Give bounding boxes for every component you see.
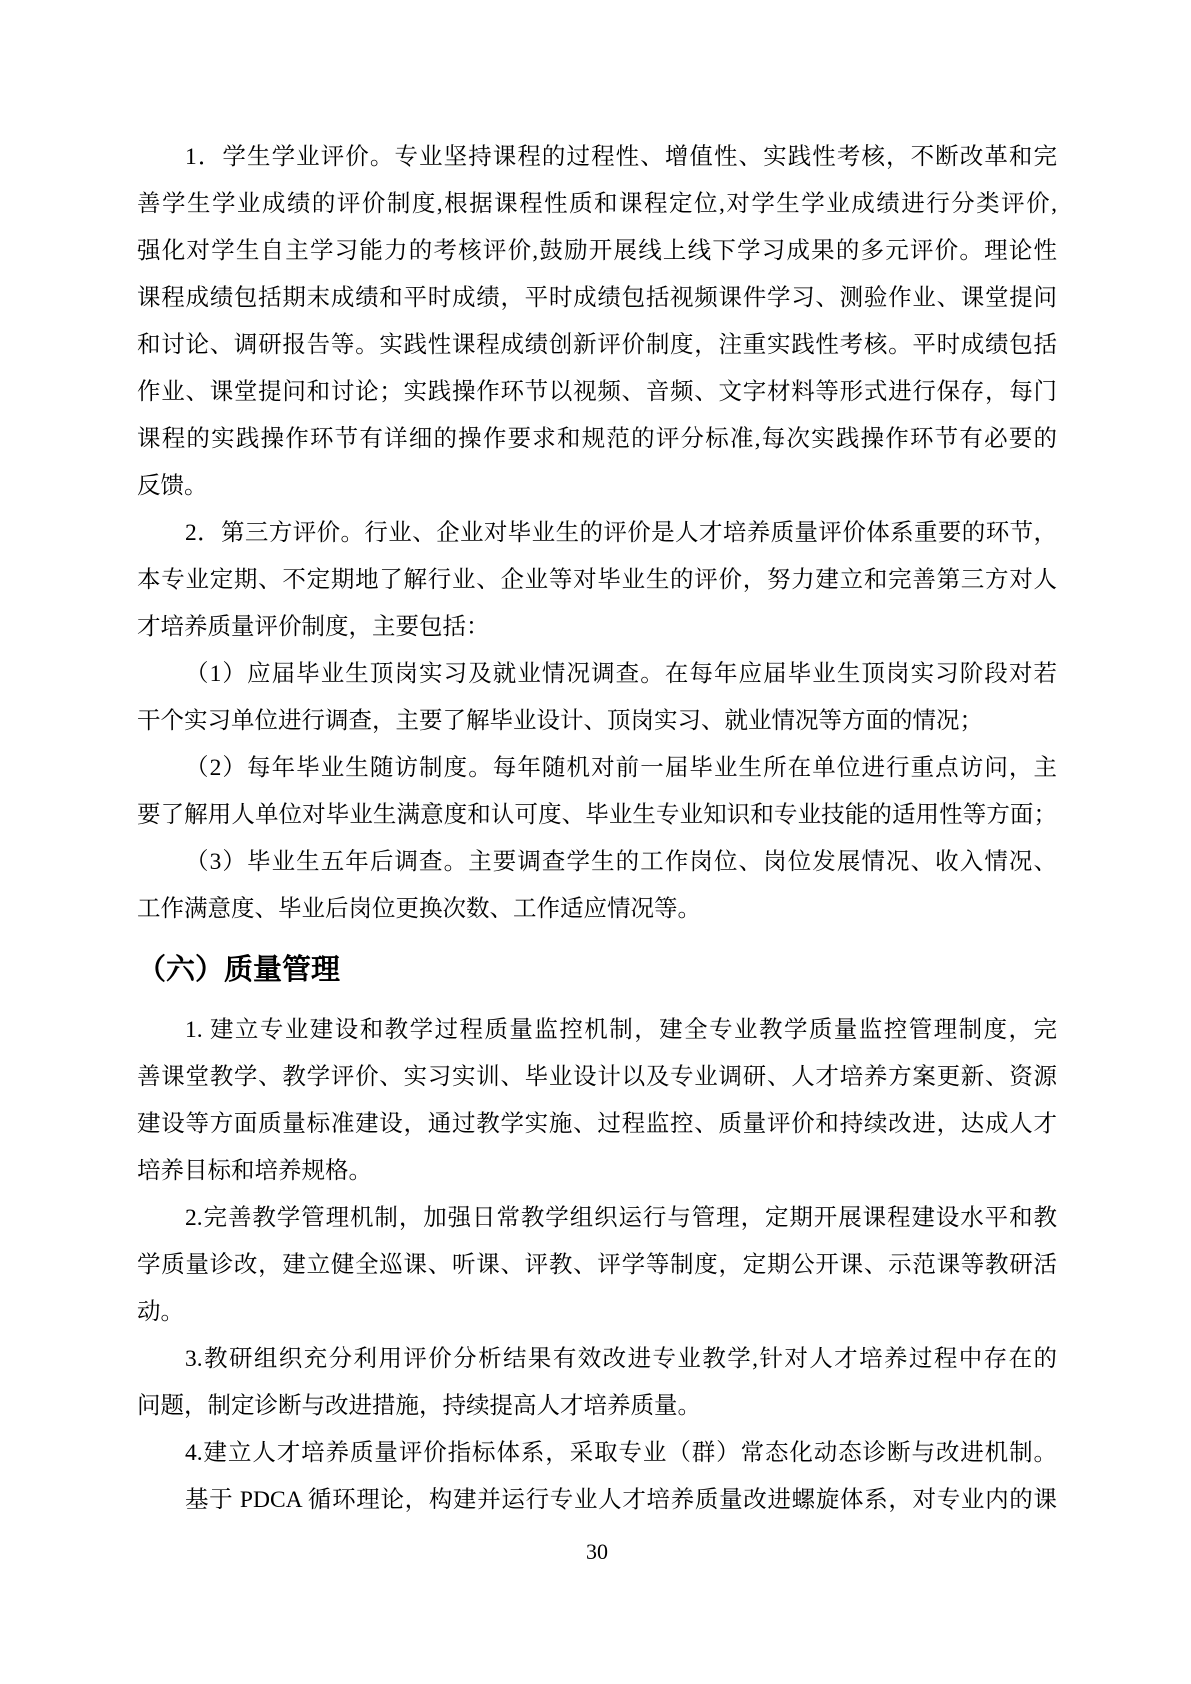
text-line: 基于 PDCA 循环理论，构建并运行专业人才培养质量改进螺旋体系，对专业内的课 <box>137 1477 1057 1524</box>
text-line: 强化对学生自主学习能力的考核评价,鼓励开展线上线下学习成果的多元评价。理论性 <box>137 228 1057 275</box>
section-heading-quality-management: （六）质量管理 <box>137 945 1057 995</box>
text-line: 学质量诊改，建立健全巡课、听课、评教、评学等制度，定期公开课、示范课等教研活 <box>137 1242 1057 1289</box>
text-line: 善学生学业成绩的评价制度,根据课程性质和课程定位,对学生学业成绩进行分类评价, <box>137 181 1057 228</box>
text-line: 工作满意度、毕业后岗位更换次数、工作适应情况等。 <box>137 886 1057 933</box>
text-line: 善课堂教学、教学评价、实习实训、毕业设计以及专业调研、人才培养方案更新、资源 <box>137 1054 1057 1101</box>
text-line: 3.教研组织充分利用评价分析结果有效改进专业教学,针对人才培养过程中存在的 <box>137 1336 1057 1383</box>
text-line: 干个实习单位进行调查，主要了解毕业设计、顶岗实习、就业情况等方面的情况； <box>137 698 1057 745</box>
text-line: 才培养质量评价制度，主要包括： <box>137 604 1057 651</box>
text-line: 1. 建立专业建设和教学过程质量监控机制，建全专业教学质量监控管理制度，完 <box>137 1007 1057 1054</box>
text-line: 2．第三方评价。行业、企业对毕业生的评价是人才培养质量评价体系重要的环节， <box>137 510 1057 557</box>
page-number: 30 <box>137 1528 1057 1575</box>
text-line: （2）每年毕业生随访制度。每年随机对前一届毕业生所在单位进行重点访问，主 <box>137 745 1057 792</box>
text-line: （1）应届毕业生顶岗实习及就业情况调查。在每年应届毕业生顶岗实习阶段对若 <box>137 651 1057 698</box>
text-line: 2.完善教学管理机制，加强日常教学组织运行与管理，定期开展课程建设水平和教 <box>137 1195 1057 1242</box>
text-line: 作业、课堂提问和讨论；实践操作环节以视频、音频、文字材料等形式进行保存，每门 <box>137 369 1057 416</box>
document-page: 1．学生学业评价。专业坚持课程的过程性、增值性、实践性考核，不断改革和完善学生学… <box>0 0 1191 1684</box>
text-line: 要了解用人单位对毕业生满意度和认可度、毕业生专业知识和专业技能的适用性等方面； <box>137 792 1057 839</box>
text-line: 课程的实践操作环节有详细的操作要求和规范的评分标准,每次实践操作环节有必要的 <box>137 416 1057 463</box>
text-line: 动。 <box>137 1289 1057 1336</box>
text-line: 培养目标和培养规格。 <box>137 1148 1057 1195</box>
page-content: 1．学生学业评价。专业坚持课程的过程性、增值性、实践性考核，不断改革和完善学生学… <box>137 134 1057 1575</box>
text-line: 和讨论、调研报告等。实践性课程成绩创新评价制度，注重实践性考核。平时成绩包括 <box>137 322 1057 369</box>
text-line: 1．学生学业评价。专业坚持课程的过程性、增值性、实践性考核，不断改革和完 <box>137 134 1057 181</box>
text-line: 课程成绩包括期末成绩和平时成绩，平时成绩包括视频课件学习、测验作业、课堂提问 <box>137 275 1057 322</box>
text-line: 问题，制定诊断与改进措施，持续提高人才培养质量。 <box>137 1383 1057 1430</box>
section-quality-management-paragraphs: 1. 建立专业建设和教学过程质量监控机制，建全专业教学质量监控管理制度，完善课堂… <box>137 1007 1057 1524</box>
text-line: 建设等方面质量标准建设，通过教学实施、过程监控、质量评价和持续改进，达成人才 <box>137 1101 1057 1148</box>
text-line: 反馈。 <box>137 463 1057 510</box>
text-line: （3）毕业生五年后调查。主要调查学生的工作岗位、岗位发展情况、收入情况、 <box>137 839 1057 886</box>
text-line: 4.建立人才培养质量评价指标体系，采取专业（群）常态化动态诊断与改进机制。 <box>137 1430 1057 1477</box>
section-evaluation-paragraphs: 1．学生学业评价。专业坚持课程的过程性、增值性、实践性考核，不断改革和完善学生学… <box>137 134 1057 933</box>
text-line: 本专业定期、不定期地了解行业、企业等对毕业生的评价，努力建立和完善第三方对人 <box>137 557 1057 604</box>
